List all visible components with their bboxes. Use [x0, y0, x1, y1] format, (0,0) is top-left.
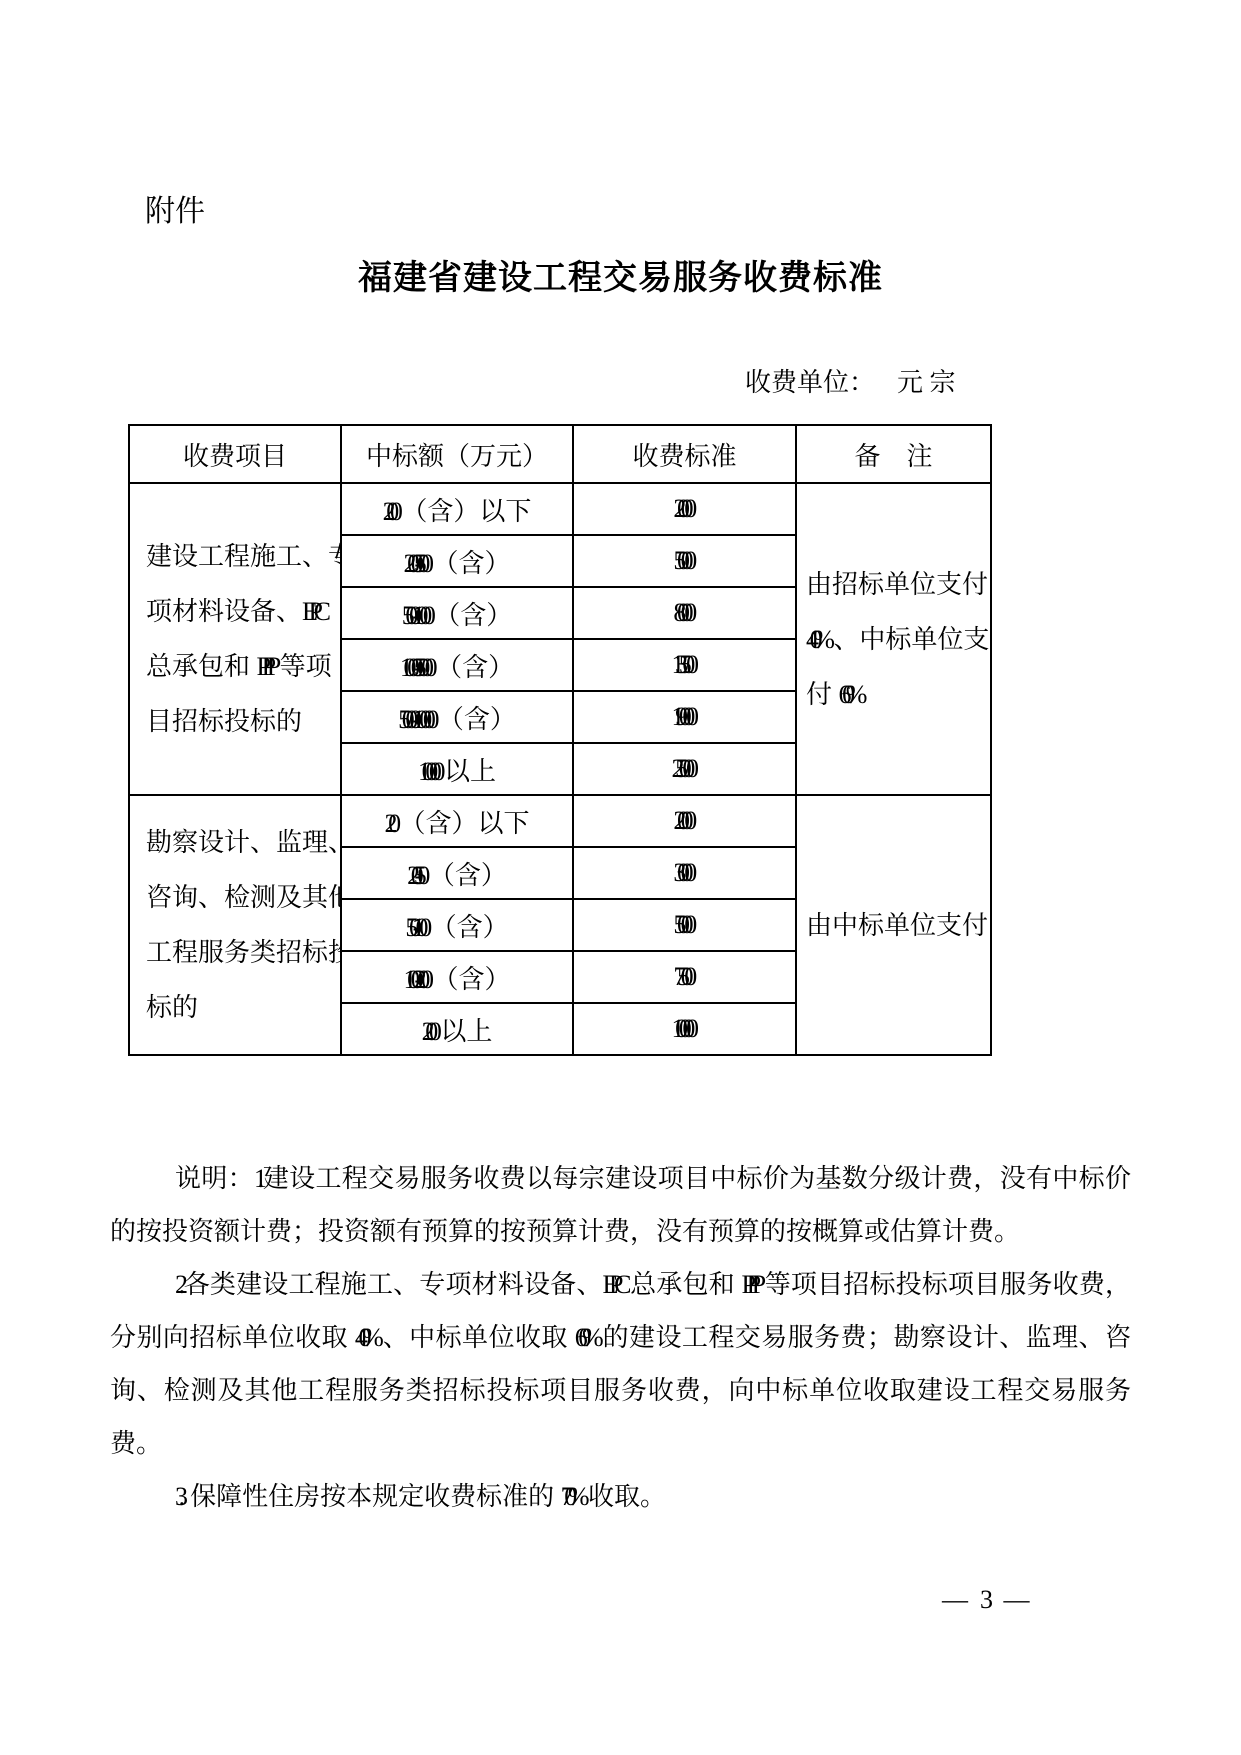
note-text-latin: EPC: [603, 1270, 623, 1299]
bid-range-cell: 20（含）以下: [341, 795, 573, 847]
note-2: 2.各类建设工程施工、专项材料设备、EPC总承包和 PPP等项目招标投标项目服务…: [110, 1258, 1131, 1470]
fee-standard-cell: 2000: [573, 483, 796, 535]
remark-group2-cell: 由中标单位支付: [796, 795, 991, 1055]
header-fee-item: 收费项目: [129, 425, 341, 483]
header-fee-standard: 收费标准: [573, 425, 796, 483]
notes-section: 说明：1.建设工程交易服务收费以每宗建设项目中标价为基数分级计费，没有中标价的按…: [110, 1152, 1131, 1523]
note-number: 2.: [175, 1270, 176, 1299]
page-number-dash: —: [1003, 1585, 1029, 1614]
note-label: 说明：: [175, 1164, 254, 1193]
remark-text: 由中标单位支付: [806, 898, 990, 953]
note-percent: 40%: [355, 1323, 375, 1352]
note-1: 说明：1.建设工程交易服务收费以每宗建设项目中标价为基数分级计费，没有中标价的按…: [110, 1152, 1131, 1258]
fee-standard-cell: 19000: [573, 691, 796, 743]
bid-range-cell: 200-500（含）: [341, 535, 573, 587]
item-text: 咨询、检测及其他: [146, 870, 340, 925]
item-text: 等项: [280, 652, 332, 681]
note-text-latin: PPP: [741, 1270, 756, 1299]
item-text: 工程服务类招标投: [146, 925, 340, 980]
item-text: 目招标投标的: [146, 707, 302, 736]
header-remark: 备 注: [796, 425, 991, 483]
page-number: —3—: [930, 1585, 1041, 1615]
note-number: 3.: [175, 1482, 176, 1511]
table-header-row: 收费项目 中标额（万元） 收费标准 备 注: [129, 425, 991, 483]
item-text: 总承包和: [146, 652, 257, 681]
fee-standard-cell: 5000: [573, 535, 796, 587]
item-text: 标的: [146, 980, 340, 1035]
bid-range-cell: 200以上: [341, 1003, 573, 1055]
bid-range-cell: 200（含）以下: [341, 483, 573, 535]
fee-item-group1-cell: 建设工程施工、专 项材料设备、EPC 总承包和 PPP等项 目招标投标的: [129, 483, 341, 795]
item-text-latin: EPC: [302, 597, 322, 626]
note-percent: 60%: [575, 1323, 595, 1352]
remark-percent: 60%: [839, 680, 859, 709]
note-text: 收取。: [588, 1482, 666, 1511]
fee-standard-table: 收费项目 中标额（万元） 收费标准 备 注 建设工程施工、专 项材料设备、EPC…: [128, 424, 992, 1056]
bid-range-cell: 20-50（含）: [341, 847, 573, 899]
fee-item-group2-cell: 勘察设计、监理、 咨询、检测及其他 工程服务类招标投 标的: [129, 795, 341, 1055]
attachment-label: 附件: [145, 186, 205, 230]
fee-standard-cell: 2000: [573, 795, 796, 847]
fee-unit-line: 收费单位：元 宗: [745, 362, 956, 399]
note-text: 、中标单位收取: [382, 1323, 574, 1352]
remark-text: 、中标单位支: [833, 625, 989, 654]
bid-range-cell: 10000以上: [341, 743, 573, 795]
bid-range-cell: 100-200（含）: [341, 951, 573, 1003]
page-number-dash: —: [942, 1585, 968, 1614]
remark-group1-cell: 由招标单位支付 40%、中标单位支 付 60%: [796, 483, 991, 795]
item-text-latin: PPP: [257, 652, 272, 681]
fee-standard-cell: 8000: [573, 587, 796, 639]
note-text: 建设工程交易服务收费以每宗建设项目中标价为基数分级计费，没有中标价的按投资额计费…: [110, 1164, 1131, 1246]
note-3: 3. 保障性住房按本规定收费标准的 70%收取。: [110, 1470, 1131, 1523]
header-bid-amount: 中标额（万元）: [341, 425, 573, 483]
fee-standard-cell: 10000: [573, 1003, 796, 1055]
remark-text: 付: [806, 680, 839, 709]
note-text: 各类建设工程施工、专项材料设备、: [184, 1270, 603, 1299]
bid-range-cell: 1000-5000（含）: [341, 639, 573, 691]
fee-unit-value: 元 宗: [897, 368, 956, 397]
fee-standard-cell: 25000: [573, 743, 796, 795]
item-text: 项材料设备、: [146, 597, 302, 626]
fee-standard-cell: 13500: [573, 639, 796, 691]
page-title: 福建省建设工程交易服务收费标准: [0, 250, 1241, 299]
table-row: 勘察设计、监理、 咨询、检测及其他 工程服务类招标投 标的 20（含）以下 20…: [129, 795, 991, 847]
note-text: 保障性住房按本规定收费标准的: [184, 1482, 561, 1511]
document-page: 附件 福建省建设工程交易服务收费标准 收费单位：元 宗 收费项目 中标额（万元）…: [0, 0, 1241, 1755]
note-percent: 70%: [561, 1482, 581, 1511]
bid-range-cell: 50-100（含）: [341, 899, 573, 951]
bid-range-cell: 500-1000（含）: [341, 587, 573, 639]
fee-standard-cell: 3000: [573, 847, 796, 899]
table-row: 建设工程施工、专 项材料设备、EPC 总承包和 PPP等项 目招标投标的 200…: [129, 483, 991, 535]
fee-unit-label: 收费单位：: [745, 368, 875, 397]
remark-text: 由招标单位支付: [806, 557, 990, 612]
remark-percent: 40%: [806, 625, 826, 654]
fee-standard-cell: 5000: [573, 899, 796, 951]
note-number: 1.: [254, 1164, 255, 1193]
fee-standard-cell: 7500: [573, 951, 796, 1003]
item-text: 建设工程施工、专: [146, 542, 341, 571]
bid-range-cell: 5000-10000（含）: [341, 691, 573, 743]
page-number-value: 3: [980, 1585, 984, 1614]
note-text: 总承包和: [630, 1270, 742, 1299]
item-text: 勘察设计、监理、: [146, 815, 340, 870]
